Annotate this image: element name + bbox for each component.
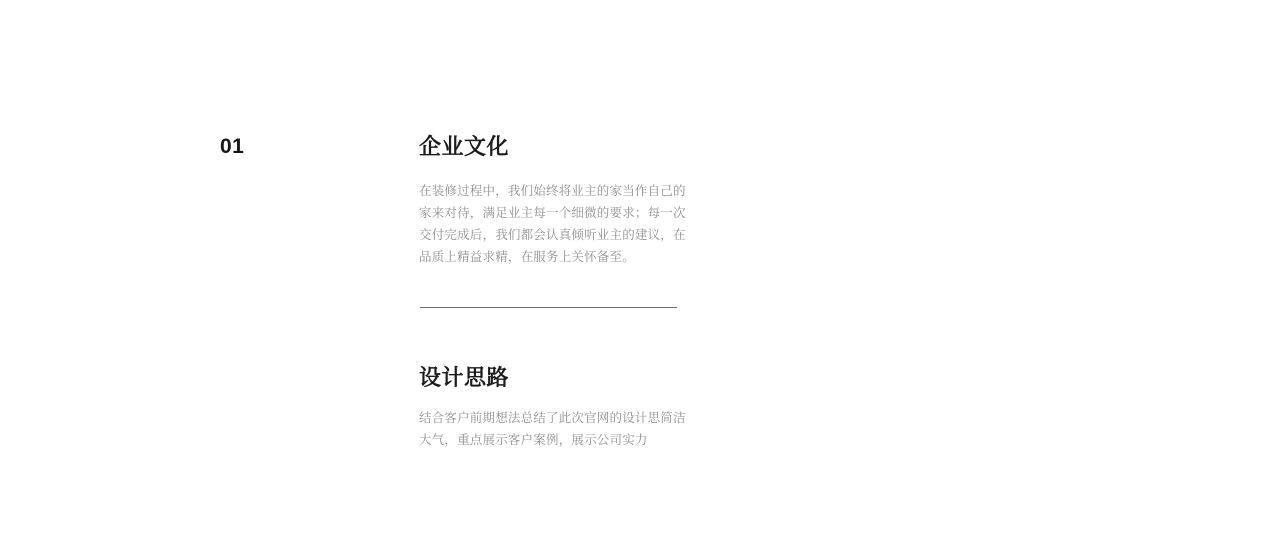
body-line: 结合客户前期想法总结了此次官网的设计思简洁 [419, 407, 677, 429]
body-line: 家来对待，满足业主每一个细微的要求；每一次 [419, 202, 677, 224]
body-line: 交付完成后，我们都会认真倾听业主的建议，在 [419, 224, 677, 246]
paragraph-corporate-culture: 在装修过程中，我们始终将业主的家当作自己的 家来对待，满足业主每一个细微的要求；… [419, 180, 677, 268]
body-line: 在装修过程中，我们始终将业主的家当作自己的 [419, 180, 677, 202]
body-line: 品质上精益求精，在服务上关怀备至。 [419, 246, 677, 268]
heading-design-approach: 设计思路 [419, 367, 509, 389]
heading-corporate-culture: 企业文化 [419, 136, 509, 158]
body-line: 大气，重点展示客户案例，展示公司实力 [419, 429, 677, 451]
page-canvas: 01 企业文化 在装修过程中，我们始终将业主的家当作自己的 家来对待，满足业主每… [0, 0, 1280, 549]
paragraph-design-approach: 结合客户前期想法总结了此次官网的设计思简洁 大气，重点展示客户案例，展示公司实力 [419, 407, 677, 451]
section-index-number: 01 [220, 136, 244, 157]
section-divider [420, 307, 677, 308]
